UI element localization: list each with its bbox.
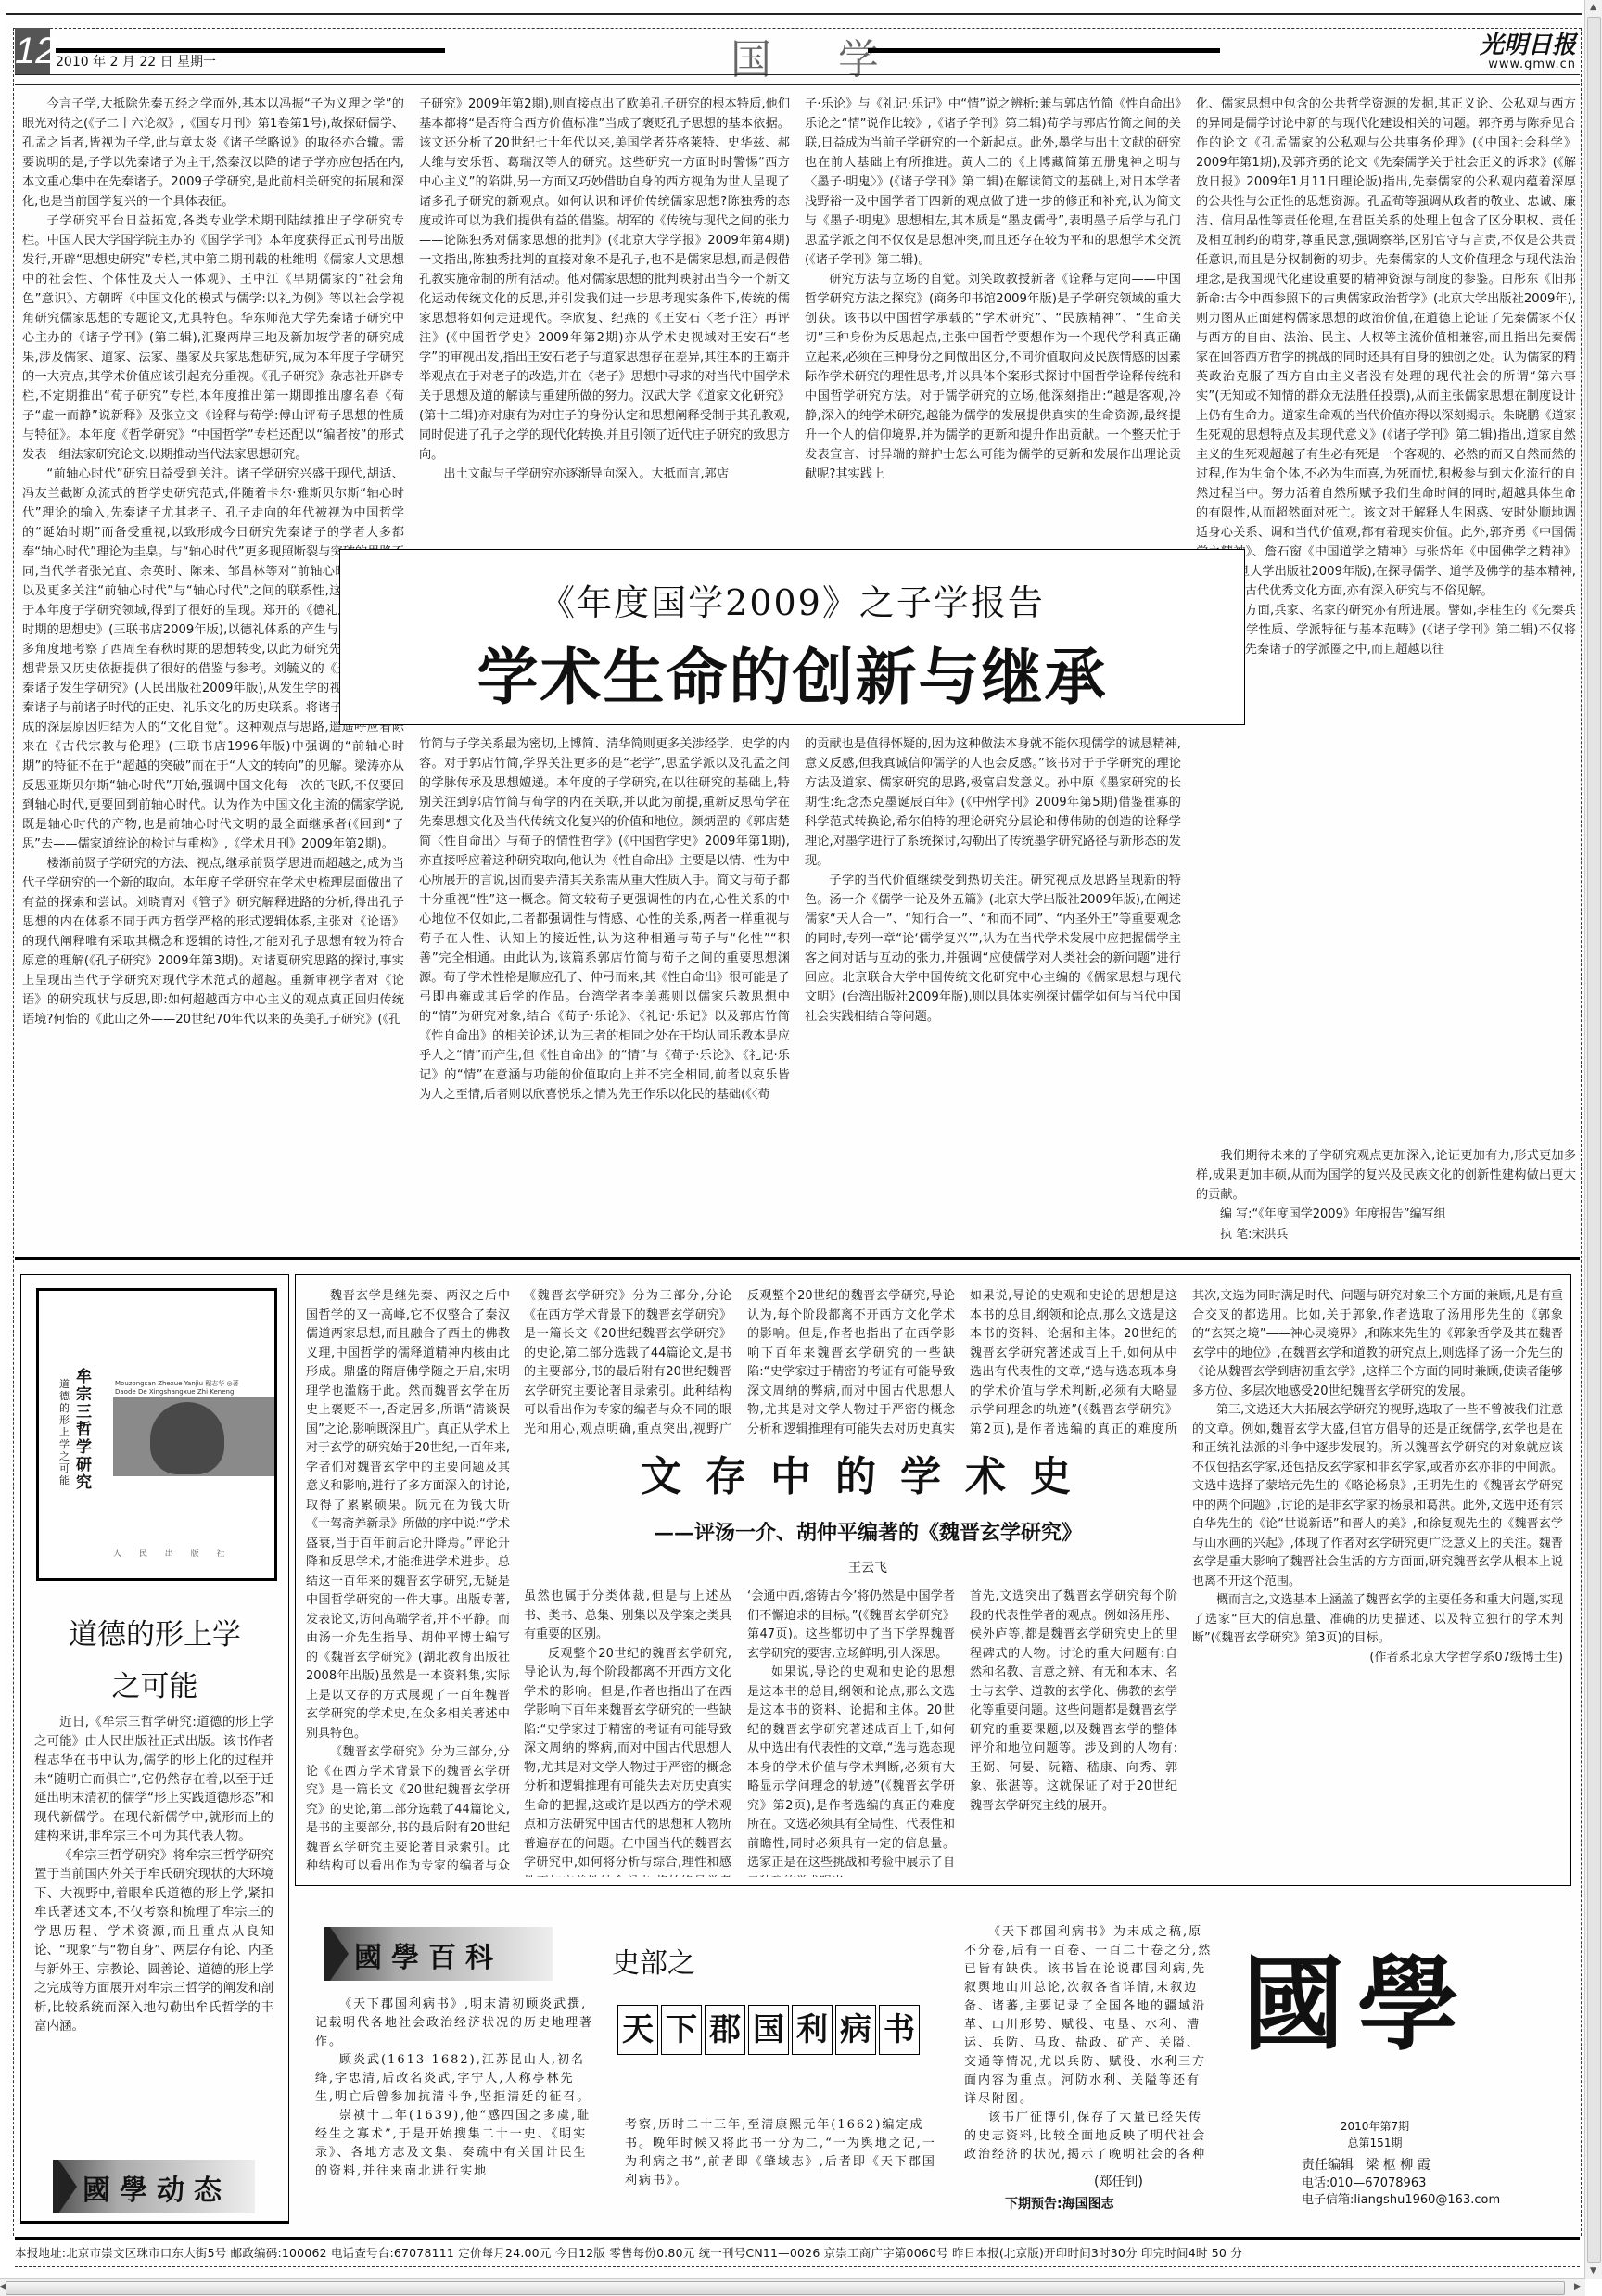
guoxue-masthead-calligraphy: 國學 [1242,1923,1472,2070]
credit-label: 执 笔: [1220,1228,1252,1242]
footer-rule [15,2237,1580,2240]
paragraph: 化、儒家思想中包含的公共哲学资源的发掘,其正义论、公私观与西方的异同是儒学讨论中… [1196,95,1576,601]
contact-phone: 电话:010—67078963 [1302,2175,1602,2192]
encyclopedia-section: 史部之 [612,1940,695,1981]
header-rule-right [868,48,1220,53]
top-article-column-3-lower: 的贡献也是值得怀疑的,因为这种做法本身就不能体现儒学的诚恳精神,意义反感,但我真… [805,734,1181,1252]
title-char-box: 病 [835,2005,876,2055]
banner-notch [58,2160,77,2213]
paragraph: 该书广征博引,保存了大量已经失传的史志资料,比较全面地反映了明代社会政治经济的状… [964,2109,1213,2164]
total-issue-number: 总第151期 [1222,2135,1528,2151]
top-article-column-2: 子研究》2009年第2期),则直接点出了欧美孔子研究的根本特质,他们基本都将“是… [419,95,790,540]
book-cover-image: 牟宗三哲学研究 道德的形上学之可能 Mouzongsan Zhexue Yanj… [36,1288,277,1581]
book-title-line-2: 之可能 [21,1663,288,1704]
review-column-5: 其次,文选为同时满足时代、问题与研究对象三个方面的兼顾,凡是有重合交叉的都选用。… [1192,1287,1563,1881]
guoxue-dongtai-banner: 國學动态 [53,2160,255,2213]
top-article-column-4: 化、儒家思想中包含的公共哲学资源的发掘,其正义论、公私观与西方的异同是儒学讨论中… [1196,95,1576,1146]
cover-english-2: Daode De Xingshangxue Zhi Keneng [115,1388,239,1397]
article-kicker: 《年度国学2009》之子学报告 [340,574,1244,625]
section-title-char-2: 学 [838,26,879,85]
header-divider [15,74,1580,75]
cover-english: Mouzongsan Zhexue Yanjiu 程志华 ◎著Daode De … [115,1380,239,1397]
footer-dashed-rule [15,2266,1580,2267]
paragraph: 其次,文选为同时满足时代、问题与研究对象三个方面的兼顾,凡是有重合交叉的都选用。… [1192,1287,1563,1401]
horizontal-scroll-thumb[interactable] [6,2281,1565,2295]
paragraph: 首先,文选突出了魏晋玄学研究每个阶段的代表性学者的观点。例如汤用彤、侯外庐等,都… [970,1588,1177,1816]
paragraph: 其他方面,兵家、名家的研究亦有所进展。譬如,李桂生的《先秦兵家的诸子学性质、学派… [1196,601,1576,659]
paragraph: 顾炎武(1613-1682),江苏昆山人,初名绛,字忠清,后改名炎武,字宁人,人… [315,2051,593,2107]
issue-date: 2010 年 2 月 22 日 星期一 [56,52,216,70]
paragraph: 魏晋玄学是继先秦、两汉之后中国哲学的又一高峰,它不仅整合了秦汉儒道两家思想,而且… [306,1287,510,1743]
encyclopedia-column-3: 《天下郡国利病书》为未成之稿,原不分卷,后有一百卷、一百二十卷之分,然已皆有缺佚… [964,1923,1213,2164]
credit-writer: 编 写:“《年度国学2009》年度报告”编写组 [1196,1205,1576,1225]
book-news-box: 牟宗三哲学研究 道德的形上学之可能 Mouzongsan Zhexue Yanj… [20,1274,289,2224]
review-column-3-bottom: ‘会通中西,熔铸古今’将仍然是中国学者们不懈追求的目标。”(《魏晋玄学研究》第4… [747,1588,955,1877]
editors-names: 梁 枢 柳 霞 [1366,2158,1430,2173]
paragraph: 子·乐论》与《礼记·乐记》中“情”说之辨析:兼与郭店竹简《性自命出》乐论之“情”… [805,95,1181,270]
review-column-2-top: 《魏晋玄学研究》分为三部分,分论《在西方学术背景下的魏晋玄学研究》是一篇长文《2… [524,1287,731,1435]
horizontal-scrollbar[interactable]: ◀ ▶ [0,2278,1585,2296]
scroll-down-arrow-icon[interactable]: ▼ [1590,2266,1596,2276]
paragraph: 第三,文选还大大拓展玄学研究的视野,选取了一些不曾被我们注意的文章。例如,魏晋玄… [1192,1401,1563,1591]
paragraph: 概而言之,文选基本上涵盖了魏晋玄学的主要任务和重大问题,实现了选家“巨大的信息量… [1192,1591,1563,1649]
footer-info: 本报地址:北京市崇文区珠市口东大街5号 邮政编码:100062 电话查号台:67… [15,2244,1580,2261]
paragraph: 近日,《牟宗三哲学研究:道德的形上学之可能》由人民出版社正式出版。该书作者程志华… [34,1713,273,1846]
banner-label: 國學百科 [354,1934,502,1975]
review-column-3-top: 反观整个20世纪的魏晋玄学研究,导论认为,每个阶段都离不开西方文化学术的影响。但… [747,1287,955,1435]
vertical-scrollbar[interactable]: ▲ ▼ [1584,0,1602,2279]
cover-title: 牟宗三哲学研究 [76,1369,98,1492]
top-article-conclusion: 我们期待未来的子学研究观点更加深入,论证更加有力,形式更加多样,成果更加丰硕,从… [1196,1146,1576,1248]
title-char-box: 利 [792,2005,833,2055]
top-article-title-box: 《年度国学2009》之子学报告 学术生命的创新与继承 [339,549,1245,725]
cover-subtitle: 道德的形上学之可能 [59,1378,72,1486]
book-news-text: 近日,《牟宗三哲学研究:道德的形上学之可能》由人民出版社正式出版。该书作者程志华… [34,1713,273,2093]
banner-label: 國學动态 [83,2167,231,2208]
cover-english-1: Mouzongsan Zhexue Yanjiu 程志华 ◎著 [115,1380,239,1388]
paragraph: 反观整个20世纪的魏晋玄学研究,导论认为,每个阶段都离不开西方文化学术的影响。但… [524,1645,731,1878]
paragraph: 子学研究平台日益拓宽,各类专业学术期刊陆续推出子学研究专栏。中国人民大学国学院主… [22,211,404,465]
title-char-box: 下 [661,2005,702,2055]
top-article-column-3: 子·乐论》与《礼记·乐记》中“情”说之辨析:兼与郭店竹简《性自命出》乐论之“情”… [805,95,1181,540]
review-author-note: (作者系北京大学哲学系07级博士生) [1192,1649,1563,1668]
title-char-box: 书 [879,2005,920,2055]
credit-value: “《年度国学2009》年度报告”编写组 [1252,1207,1446,1221]
credit-value: 宋洪兵 [1252,1228,1289,1242]
paragraph: 子研究》2009年第2期),则直接点出了欧美孔子研究的根本特质,他们基本都将“是… [419,95,790,465]
newspaper-url[interactable]: www.gmw.cn [1488,57,1576,71]
cover-portrait [150,1402,224,1474]
page-header: 12 2010 年 2 月 22 日 星期一 国 学 光明日报 www.gmw.… [15,28,1580,74]
encyclopedia-column-2: 考察,历时二十三年,至清康熙元年(1662)编定成书。晚年时候又将此书一分为二,… [625,2116,949,2218]
paragraph: 的贡献也是值得怀疑的,因为这种做法本身就不能体现儒学的诚恳精神,意义反感,但我真… [805,734,1181,871]
review-column-1: 魏晋玄学是继先秦、两汉之后中国哲学的又一高峰,它不仅整合了秦汉儒道两家思想,而且… [306,1287,510,1877]
scroll-up-arrow-icon[interactable]: ▲ [1590,3,1596,12]
paragraph: 今言子学,大抵除先秦五经之学而外,基本以冯振“子为义理之学”的眼光对待之(《子二… [22,95,404,211]
guoxue-baike-banner: 國學百科 [324,1927,553,1981]
article-headline: 学术生命的创新与继承 [340,628,1244,716]
review-column-4-bottom: 首先,文选突出了魏晋玄学研究每个阶段的代表性学者的观点。例如汤用彤、侯外庐等,都… [970,1588,1177,1877]
credit-label: 编 写: [1220,1207,1252,1221]
next-issue-preview: 下期预告:海国图志 [1005,2194,1114,2213]
cover-publisher: 人 民 出 版 社 [113,1547,232,1559]
header-divider-2 [15,84,1580,85]
paragraph: 出土文献与子学研究亦逐渐导向深入。大抵而言,郭店 [419,465,790,484]
paragraph: 子学的当代价值继续受到热切关注。研究视点及思路呈现新的特色。汤一介《儒学十论及外… [805,871,1181,1027]
review-author: 王云飞 [580,1558,1155,1576]
scroll-right-arrow-icon[interactable]: ▶ [1574,2282,1581,2291]
paragraph: ‘会通中西,熔铸古今’将仍然是中国学者们不懈追求的目标。”(《魏晋玄学研究》第4… [747,1588,955,1664]
book-title-line-1: 道德的形上学 [21,1611,288,1652]
section-title-char-1: 国 [731,26,771,85]
encyclopedia-column-1: 《天下郡国利病书》,明末清初顾炎武撰,记载明代各地社会政治经济状况的历史地理著作… [315,1996,593,2218]
review-title: 文存中的学术史 [580,1443,1155,1502]
paragraph: 竹简与子学关系最为密切,上博简、清华简则更多关涉经学、史学的内容。对于郭店竹简,… [419,734,790,1104]
paragraph: 《天下郡国利病书》为未成之稿,原不分卷,后有一百卷、一百二十卷之分,然已皆有缺佚… [964,1923,1213,2109]
newspaper-logo: 光明日报 [1480,26,1576,60]
review-column-4-top: 如果说,导论的史观和史论的思想是这本书的总目,纲领和论点,那么文选是这本书的资料… [970,1287,1177,1435]
paragraph: 研究方法与立场的自觉。刘笑敢教授新著《诠释与定向——中国哲学研究方法之探究》(商… [805,270,1181,484]
editors: 责任编辑 梁 枢 柳 霞 [1302,2157,1602,2174]
paragraph: 《魏晋玄学研究》分为三部分,分论《在西方学术背景下的魏晋玄学研究》是一篇长文《2… [524,1287,731,1435]
paragraph: 如果说,导论的史观和史论的思想是这本书的总目,纲领和论点,那么文选是这本书的资料… [970,1287,1177,1435]
editors-label: 责任编辑 [1302,2158,1354,2173]
banner-notch [330,1927,349,1981]
review-subtitle: ——评汤一介、胡仲平编著的《魏晋玄学研究》 [580,1517,1155,1546]
section-divider [15,1257,1580,1260]
paragraph: 《魏晋玄学研究》分为三部分,分论《在西方学术背景下的魏晋玄学研究》是一篇长文《2… [306,1743,510,1877]
paragraph: 反观整个20世纪的魏晋玄学研究,导论认为,每个阶段都离不开西方文化学术的影响。但… [747,1287,955,1435]
paragraph: 我们期待未来的子学研究观点更加深入,论证更加有力,形式更加多样,成果更加丰硕,从… [1196,1146,1576,1205]
contact-email[interactable]: 电子信箱:liangshu1960@163.com [1302,2192,1602,2209]
paragraph: 《天下郡国利病书》,明末清初顾炎武撰,记载明代各地社会政治经济状况的历史地理著作… [315,1996,593,2051]
credit-author: 执 笔:宋洪兵 [1196,1225,1576,1245]
issue-number: 2010年第7期 [1222,2118,1528,2135]
header-rule-left [56,48,445,53]
paragraph: 如果说,导论的史观和史论的思想是这本书的总目,纲领和论点,那么文选是这本书的资料… [747,1664,955,1877]
review-column-2-bottom: 虽然也属于分类体裁,但是与上述丛书、类书、总集、别集以及学案之类具有重要的区别。… [524,1588,731,1877]
encyclopedia-author: (郑任钊) [1094,2172,1143,2190]
paragraph: 崇祯十二年(1639),他“感四国之多虞,耻经生之寡术”,于是开始搜集二十一史、… [315,2107,593,2181]
vertical-scroll-thumb[interactable] [1587,17,1601,2263]
title-char-box: 郡 [705,2005,745,2055]
paragraph: 《牟宗三哲学研究》将牟宗三哲学研究置于当前国内外关于牟氏研究现状的大环境下、大视… [34,1846,273,2036]
book-title-boxes: 天下郡国利病书 [617,2005,922,2055]
paragraph: 考察,历时二十三年,至清康熙元年(1662)编定成书。晚年时候又将此书一分为二,… [625,2116,949,2190]
scroll-left-arrow-icon[interactable]: ◀ [0,2282,6,2291]
top-article-column-2-lower: 竹简与子学关系最为密切,上博简、清华简则更多关涉经学、史学的内容。对于郭店竹简,… [419,734,790,1252]
title-char-box: 国 [748,2005,789,2055]
paragraph: 楼渐前贤子学研究的方法、视点,继承前贤学思进而超越之,成为当代子学研究的一个新的… [22,854,404,1029]
page-number: 12 [15,28,50,74]
paragraph: 虽然也属于分类体裁,但是与上述丛书、类书、总集、别集以及学案之类具有重要的区别。 [524,1588,731,1645]
title-char-box: 天 [617,2005,658,2055]
